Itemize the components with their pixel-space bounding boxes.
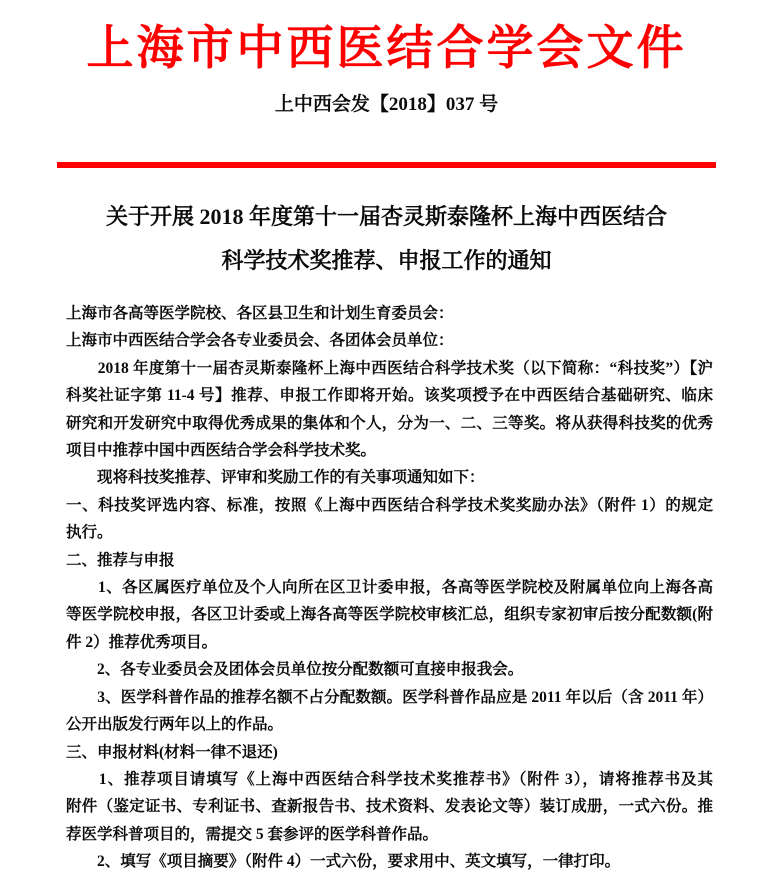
letterhead-title: 上海市中西医结合学会文件 bbox=[0, 0, 773, 78]
body-line: 件 2）推荐优秀项目。 bbox=[66, 629, 713, 656]
body-line: 2、各专业委员会及团体会员单位按分配数额可直接申报我会。 bbox=[66, 656, 713, 683]
body-line: 1、各区属医疗单位及个人向所在区卫计委申报，各高等医学院校及附属单位向上海各高 bbox=[66, 574, 713, 601]
body-line: 三、申报材料(材料一律不退还) bbox=[66, 739, 713, 766]
body-line: 项目中推荐中国中西医结合学会科学技术奖。 bbox=[66, 437, 713, 464]
body-line: 2、填写《项目摘要》（附件 4）一式六份，要求用中、英文填写，一律打印。 bbox=[66, 848, 713, 875]
document-body: 上海市各高等医学院校、各区县卫生和计划生育委员会：上海市中西医结合学会各专业委员… bbox=[66, 300, 713, 876]
body-line: 二、推荐与申报 bbox=[66, 547, 713, 574]
body-line: 3、医学科普作品的推荐名额不占分配数额。医学科普作品应是 2011 年以后（含 … bbox=[66, 684, 713, 711]
notice-title-line2: 科学技术奖推荐、申报工作的通知 bbox=[0, 239, 773, 283]
body-line: 一、科技奖评选内容、标准，按照《上海中西医结合科学技术奖奖励办法》（附件 1）的… bbox=[66, 492, 713, 519]
red-divider-line bbox=[57, 162, 716, 168]
document-page: 上海市中西医结合学会文件 上中西会发【2018】037 号 关于开展 2018 … bbox=[0, 0, 773, 883]
body-line: 等医学院校申报，各区卫计委或上海各高等医学院校审核汇总，组织专家初审后按分配数额… bbox=[66, 601, 713, 628]
body-line: 研究和开发研究中取得优秀成果的集体和个人，分为一、二、三等奖。将从获得科技奖的优… bbox=[66, 410, 713, 437]
notice-title-line1: 关于开展 2018 年度第十一届杏灵斯泰隆杯上海中西医结合 bbox=[0, 195, 773, 239]
body-line: 执行。 bbox=[66, 519, 713, 546]
body-line: 公开出版发行两年以上的作品。 bbox=[66, 711, 713, 738]
notice-title: 关于开展 2018 年度第十一届杏灵斯泰隆杯上海中西医结合 科学技术奖推荐、申报… bbox=[0, 195, 773, 283]
body-line: 科奖社证字第 11-4 号】推荐、申报工作即将开始。该奖项授予在中西医结合基础研… bbox=[66, 382, 713, 409]
body-line: 1、推荐项目请填写《上海中西医结合科学技术奖推荐书》（附件 3），请将推荐书及其 bbox=[66, 766, 713, 793]
body-line: 附件（鉴定证书、专利证书、查新报告书、技术资料、发表论文等）装订成册，一式六份。… bbox=[66, 793, 713, 820]
body-line: 上海市各高等医学院校、各区县卫生和计划生育委员会： bbox=[66, 300, 713, 327]
body-line: 现将科技奖推荐、评审和奖励工作的有关事项通知如下： bbox=[66, 464, 713, 491]
body-line: 2018 年度第十一届杏灵斯泰隆杯上海中西医结合科学技术奖（以下简称：“科技奖”… bbox=[66, 355, 713, 382]
body-line: 荐医学科普项目的，需提交 5 套参评的医学科普作品。 bbox=[66, 821, 713, 848]
body-line: 上海市中西医结合学会各专业委员会、各团体会员单位： bbox=[66, 327, 713, 354]
document-number: 上中西会发【2018】037 号 bbox=[0, 93, 773, 117]
